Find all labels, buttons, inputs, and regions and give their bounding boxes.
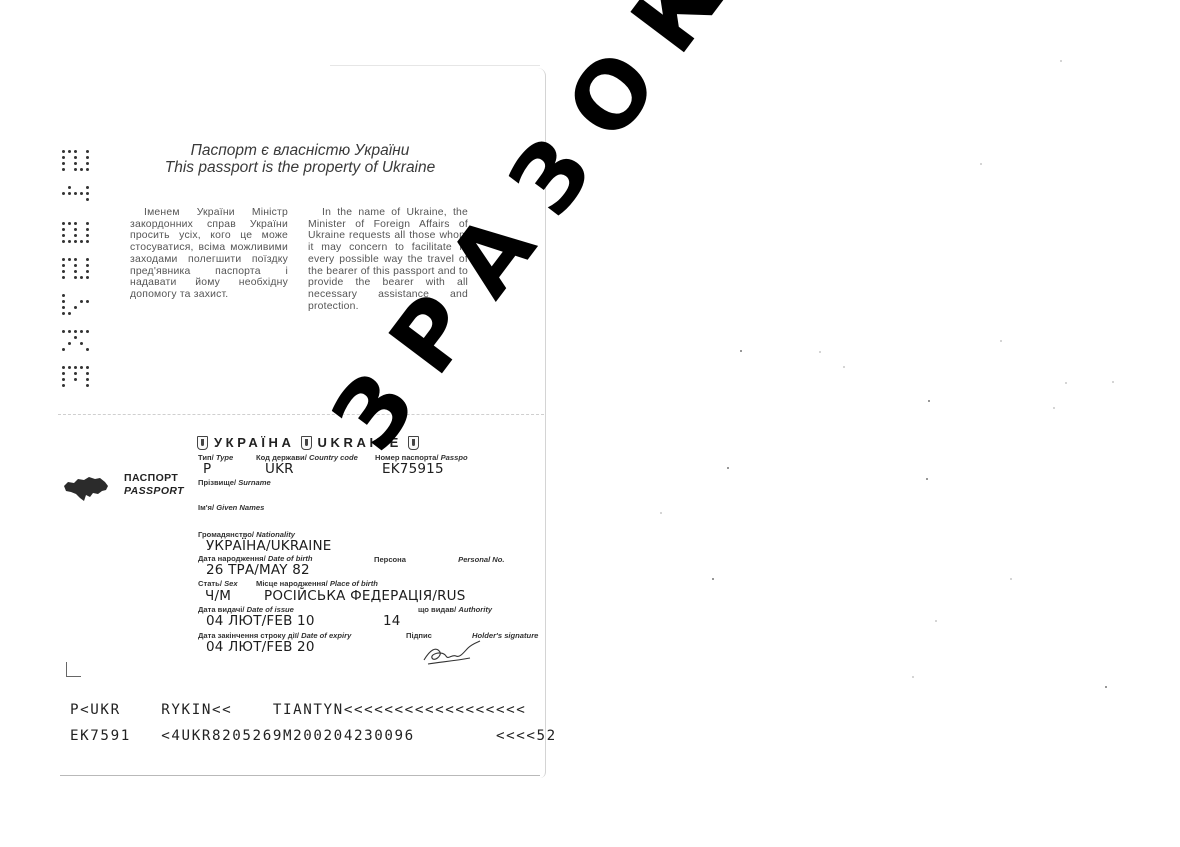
- value-date-of-expiry: 04 ЛЮТ/FEB 20: [206, 639, 315, 655]
- scan-speck: [935, 620, 937, 622]
- scan-speck: [1060, 60, 1062, 62]
- scan-speck: [1105, 686, 1107, 688]
- coat-of-arms-icon: [301, 436, 312, 450]
- scan-speck: [912, 676, 914, 678]
- page-fold-line: [58, 414, 544, 415]
- mrz-line-1: P<UKR RYKIN<< TIANTYN<<<<<<<<<<<<<<<<<<: [70, 702, 526, 718]
- scan-speck: [1000, 340, 1002, 342]
- value-country-code: UKR: [265, 461, 294, 477]
- scan-speck: [980, 163, 982, 165]
- value-date-of-birth: 26 ТРА/MAY 82: [206, 562, 310, 578]
- scan-speck: [660, 512, 662, 514]
- value-nationality: УКРАЇНА/UKRAINE: [206, 538, 332, 554]
- page-bottom-edge: [60, 775, 540, 776]
- scan-speck: [1112, 381, 1114, 383]
- value-place-of-birth: РОСІЙСЬКА ФЕДЕРАЦІЯ/RUS: [264, 588, 466, 604]
- perforated-digit: [62, 294, 96, 317]
- label-given-names: Ім'я/ Given Names: [198, 503, 264, 512]
- perforated-digit: [62, 258, 96, 281]
- property-statement: Паспорт є власністю України This passpor…: [130, 142, 470, 176]
- scan-speck: [926, 478, 928, 480]
- scan-speck: [819, 351, 821, 353]
- photo-corner-mark: [66, 662, 81, 677]
- scan-speck: [740, 350, 742, 352]
- perforated-serial-number: [62, 150, 96, 389]
- scan-speck: [727, 467, 729, 469]
- perforated-digit: [62, 222, 96, 245]
- perforated-digit: [62, 150, 96, 173]
- value-sex: Ч/M: [205, 588, 231, 604]
- scan-speck: [1010, 578, 1012, 580]
- ukraine-map-icon: [62, 474, 110, 504]
- value-authority: 14: [383, 613, 401, 629]
- scan-speck: [843, 366, 845, 368]
- perforated-digit: [62, 186, 96, 209]
- scan-speck: [712, 578, 714, 580]
- perforated-digit: [62, 366, 96, 389]
- property-statement-en: This passport is the property of Ukraine: [130, 159, 470, 176]
- label-authority: що видав/ Authority: [418, 605, 492, 614]
- coat-of-arms-icon: [197, 436, 208, 450]
- holder-signature-image: [420, 638, 482, 668]
- label-personal-no: Персона Personal No.: [374, 555, 505, 564]
- country-name-uk: УКРАЇНА: [214, 435, 295, 450]
- label-sex: Стать/ Sex: [198, 579, 238, 588]
- scan-speck: [1065, 382, 1067, 384]
- perforated-digit: [62, 330, 96, 353]
- label-place-of-birth: Місце народження/ Place of birth: [256, 579, 378, 588]
- document-name-en: PASSPORT: [124, 485, 184, 498]
- request-paragraph-uk: Іменем України Міністр закордонних справ…: [130, 207, 288, 301]
- mrz-line-2: EK7591 <4UKR8205269M200204230096 <<<<52: [70, 728, 557, 744]
- property-statement-uk: Паспорт є власністю України: [130, 142, 470, 159]
- scan-speck: [928, 400, 930, 402]
- value-type: P: [203, 461, 211, 477]
- document-name-uk: ПАСПОРТ: [124, 472, 184, 485]
- scan-speck: [1053, 407, 1055, 409]
- page-top-edge: [330, 65, 540, 66]
- label-surname: Прізвище/ Surname: [198, 478, 271, 487]
- value-date-of-issue: 04 ЛЮТ/FEB 10: [206, 613, 315, 629]
- document-name: ПАСПОРТ PASSPORT: [124, 472, 184, 498]
